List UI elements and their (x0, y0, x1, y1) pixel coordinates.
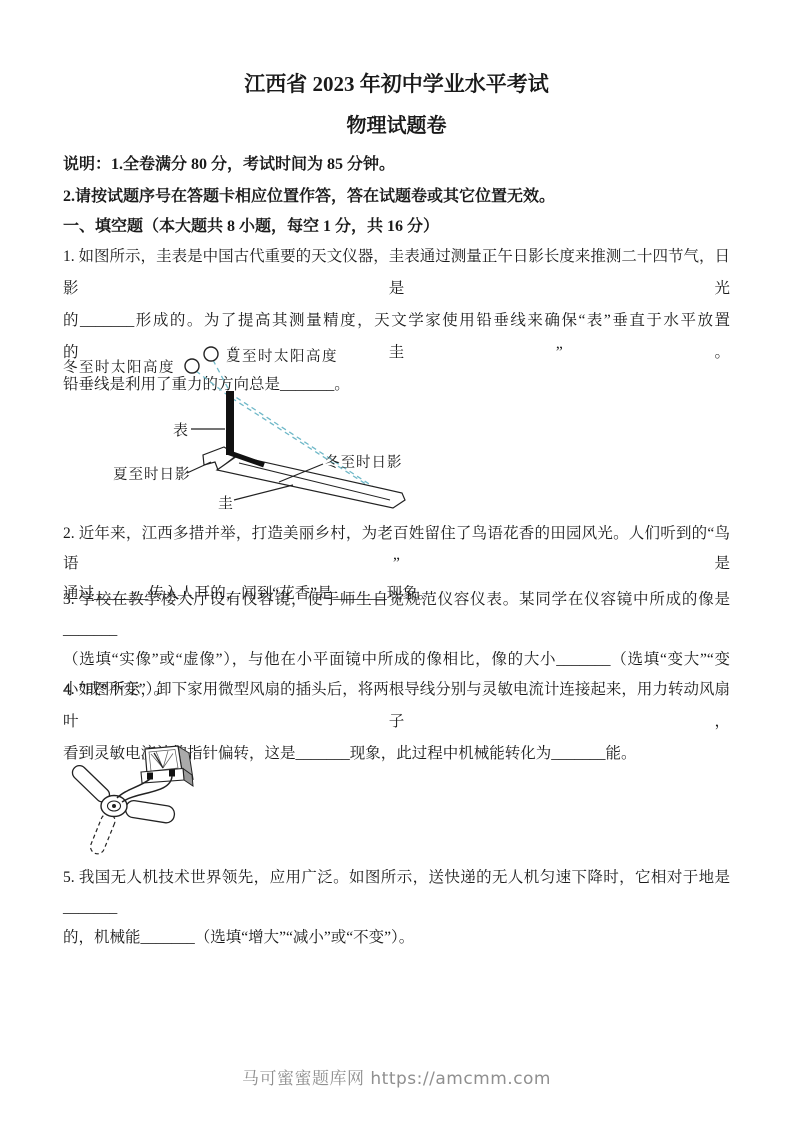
gnomon-figure: 冬至时太阳高度 夏至时太阳高度 表 夏至时日影 冬至时日影 圭 (63, 345, 420, 515)
terminal-left (147, 773, 153, 780)
question-1-line-1: 1. 如图所示，圭表是中国古代重要的天文仪器，圭表通过测量正午日影长度来推测二十… (63, 241, 730, 305)
page-subtitle: 物理试题卷 (63, 110, 730, 142)
winter-sun-label: 冬至时太阳高度 (63, 358, 175, 376)
note-line-1: 说明：1.全卷满分 80 分，考试时间为 85 分钟。 (63, 149, 730, 181)
wire-left (117, 779, 150, 798)
fan-axle (112, 804, 116, 808)
gnomon-label: 表 (173, 421, 188, 439)
base-label-pointer (234, 485, 293, 500)
question-5: 5. 我国无人机技术世界领先，应用广泛。如图所示，送快递的无人机匀速下降时，它相… (63, 863, 730, 953)
page-title: 江西省 2023 年初中学业水平考试 (63, 68, 730, 100)
fan-blade-lower (88, 812, 117, 856)
summer-sun-icon (204, 347, 218, 361)
summer-sun-label: 夏至时太阳高度 (226, 347, 338, 365)
site-watermark: 马可蜜蜜题库网 https://amcmm.com (0, 1064, 793, 1089)
exam-paper-page: 江西省 2023 年初中学业水平考试 物理试题卷 说明：1.全卷满分 80 分，… (0, 0, 793, 1122)
question-2-line-1: 2. 近年来，江西多措并举，打造美丽乡村，为老百姓留住了鸟语花香的田园风光。人们… (63, 519, 730, 579)
base-label: 圭 (218, 495, 233, 512)
summer-shadow-pointer (187, 462, 211, 473)
note-line-2: 2.请按试题序号在答题卡相应位置作答，答在试题卷或其它位置无效。 (63, 181, 730, 213)
gnomon-pole (226, 391, 234, 455)
section-header-fill-blanks: 一、填空题（本大题共 8 小题，每空 1 分，共 16 分） (63, 211, 730, 243)
summer-shadow-label: 夏至时日影 (113, 466, 191, 483)
fan-handle (125, 799, 176, 823)
fan-galvanometer-figure (70, 745, 240, 870)
winter-shadow-label: 冬至时日影 (325, 454, 403, 471)
question-3-line-2: （选填“实像”或“虚像”），与他在小平面镜中所成的像相比，像的大小_______… (63, 645, 730, 675)
question-5-line-2: 的，机械能_______（选填“增大”“减小”或“不变”）。 (63, 923, 730, 953)
question-5-line-1: 5. 我国无人机技术世界领先，应用广泛。如图所示，送快递的无人机匀速下降时，它相… (63, 863, 730, 923)
winter-sun-icon (185, 359, 199, 373)
terminal-right (169, 770, 175, 777)
exam-notes: 说明：1.全卷满分 80 分，考试时间为 85 分钟。 2.请按试题序号在答题卡… (63, 149, 730, 213)
question-4-line-1: 4. 如图所示，卸下家用微型风扇的插头后，将两根导线分别与灵敏电流计连接起来，用… (63, 674, 730, 738)
question-3-line-1: 3. 学校在教学楼大厅设有仪容镜，便于师生自觉规范仪容仪表。某同学在仪容镜中所成… (63, 585, 730, 645)
